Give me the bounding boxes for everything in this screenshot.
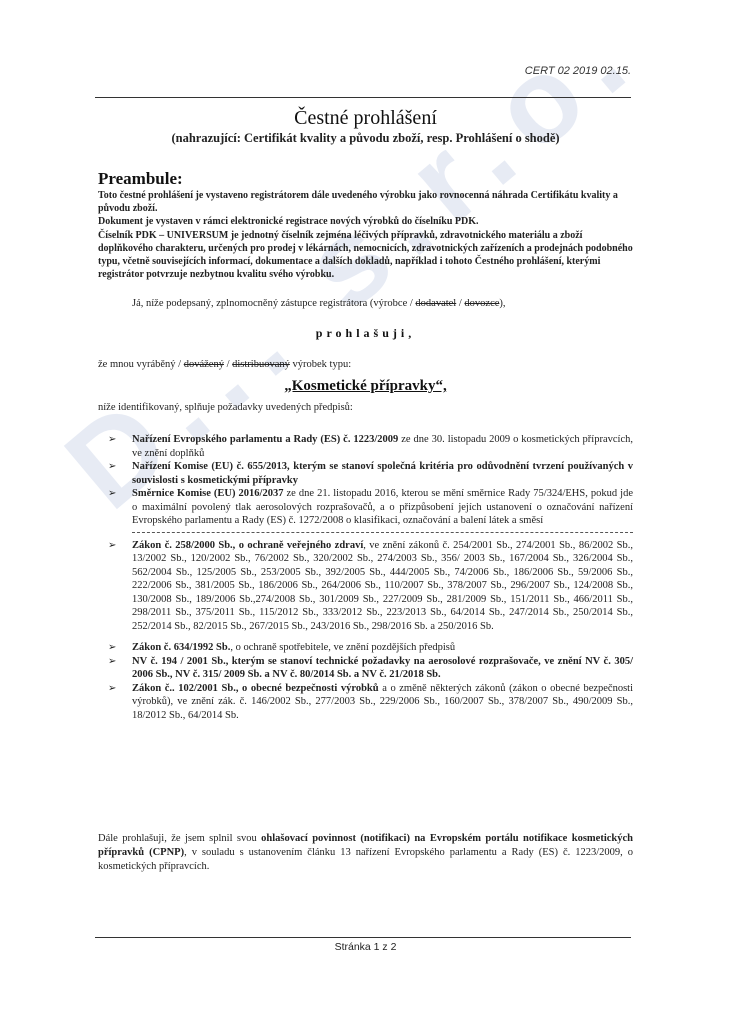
footer-rule [95,937,631,938]
notification-text: Dále prohlašuji, že jsem splnil svou [98,833,261,844]
compliance-line: níže identifikovaný, splňuje požadavky u… [98,402,353,413]
arrow-bullet-icon: ➢ [108,641,116,655]
struck-option-imported: dovážený [184,359,224,370]
arrow-bullet-icon: ➢ [108,682,116,696]
arrow-bullet-icon: ➢ [108,655,116,669]
regulation-item: ➢Nařízení Komise (EU) č. 655/2013, který… [108,460,633,487]
product-suffix: výrobek typu: [290,359,351,370]
regulation-title: Nařízení Komise (EU) č. 655/2013, kterým… [132,461,633,486]
regulation-title: Nařízení Evropského parlamentu a Rady (E… [132,434,398,445]
regulation-title: Směrnice Komise (EU) 2016/2037 [132,488,283,499]
header-rule [95,97,631,98]
regulation-item: ➢Zákon č.. 102/2001 Sb., o obecné bezpeč… [108,682,633,723]
regulation-text: , o ochraně spotřebitele, ve znění pozdě… [230,642,455,653]
document-code: CERT 02 2019 02.15. [525,65,631,77]
preamble-body: Toto čestné prohlášení je vystaveno regi… [98,189,633,281]
regulation-title: Zákon č. 258/2000 Sb., o ochraně veřejné… [132,540,363,551]
product-line: že mnou vyráběný / dovážený / distribuov… [98,359,351,370]
regulation-title: Zákon č. 634/1992 Sb. [132,642,230,653]
regulation-title: NV č. 194 / 2001 Sb., kterým se stanoví … [132,656,633,681]
struck-option-supplier: dodavatel [415,298,456,309]
arrow-bullet-icon: ➢ [108,460,116,474]
section-divider [132,532,633,533]
preamble-paragraph: Dokument je vystaven v rámci elektronick… [98,215,633,228]
separator: / [224,359,232,370]
regulation-text: , ve znění zákonů č. 254/2001 Sb., 274/2… [132,540,633,632]
regulation-item: ➢Zákon č. 634/1992 Sb., o ochraně spotře… [108,641,633,655]
regulation-list: ➢Nařízení Evropského parlamentu a Rady (… [108,433,633,722]
product-type: „Kosmetické přípravky“, [0,378,731,395]
declare-heading: prohlašuji, [0,326,731,341]
preamble-heading: Preambule: [98,169,183,189]
regulation-item: ➢Směrnice Komise (EU) 2016/2037 ze dne 2… [108,487,633,528]
regulation-item: ➢Nařízení Evropského parlamentu a Rady (… [108,433,633,460]
document-page: CERT 02 2019 02.15. Čestné prohlášení (n… [0,0,731,1024]
page-number: Stránka 1 z 2 [0,941,731,953]
struck-option-importer: dovozce [464,298,499,309]
preamble-paragraph: Číselník PDK – UNIVERSUM je jednotný čís… [98,229,633,282]
page-title: Čestné prohlášení [0,107,731,130]
arrow-bullet-icon: ➢ [108,487,116,501]
page-subtitle: (nahrazující: Certifikát kvality a původ… [0,131,731,146]
declarant-suffix: ), [499,298,505,309]
regulation-item: ➢Zákon č. 258/2000 Sb., o ochraně veřejn… [108,539,633,634]
regulation-item: ➢NV č. 194 / 2001 Sb., kterým se stanoví… [108,655,633,682]
declarant-line: Já, níže podepsaný, zplnomocněný zástupc… [132,298,506,309]
product-text: že mnou vyráběný / [98,359,184,370]
struck-option-distributed: distribuovaný [232,359,290,370]
preamble-paragraph: Toto čestné prohlášení je vystaveno regi… [98,189,633,215]
arrow-bullet-icon: ➢ [108,433,116,447]
arrow-bullet-icon: ➢ [108,539,116,553]
regulation-title: Zákon č.. 102/2001 Sb., o obecné bezpečn… [132,683,379,694]
declarant-text: Já, níže podepsaný, zplnomocněný zástupc… [132,298,415,309]
notification-paragraph: Dále prohlašuji, že jsem splnil svou ohl… [98,832,633,874]
